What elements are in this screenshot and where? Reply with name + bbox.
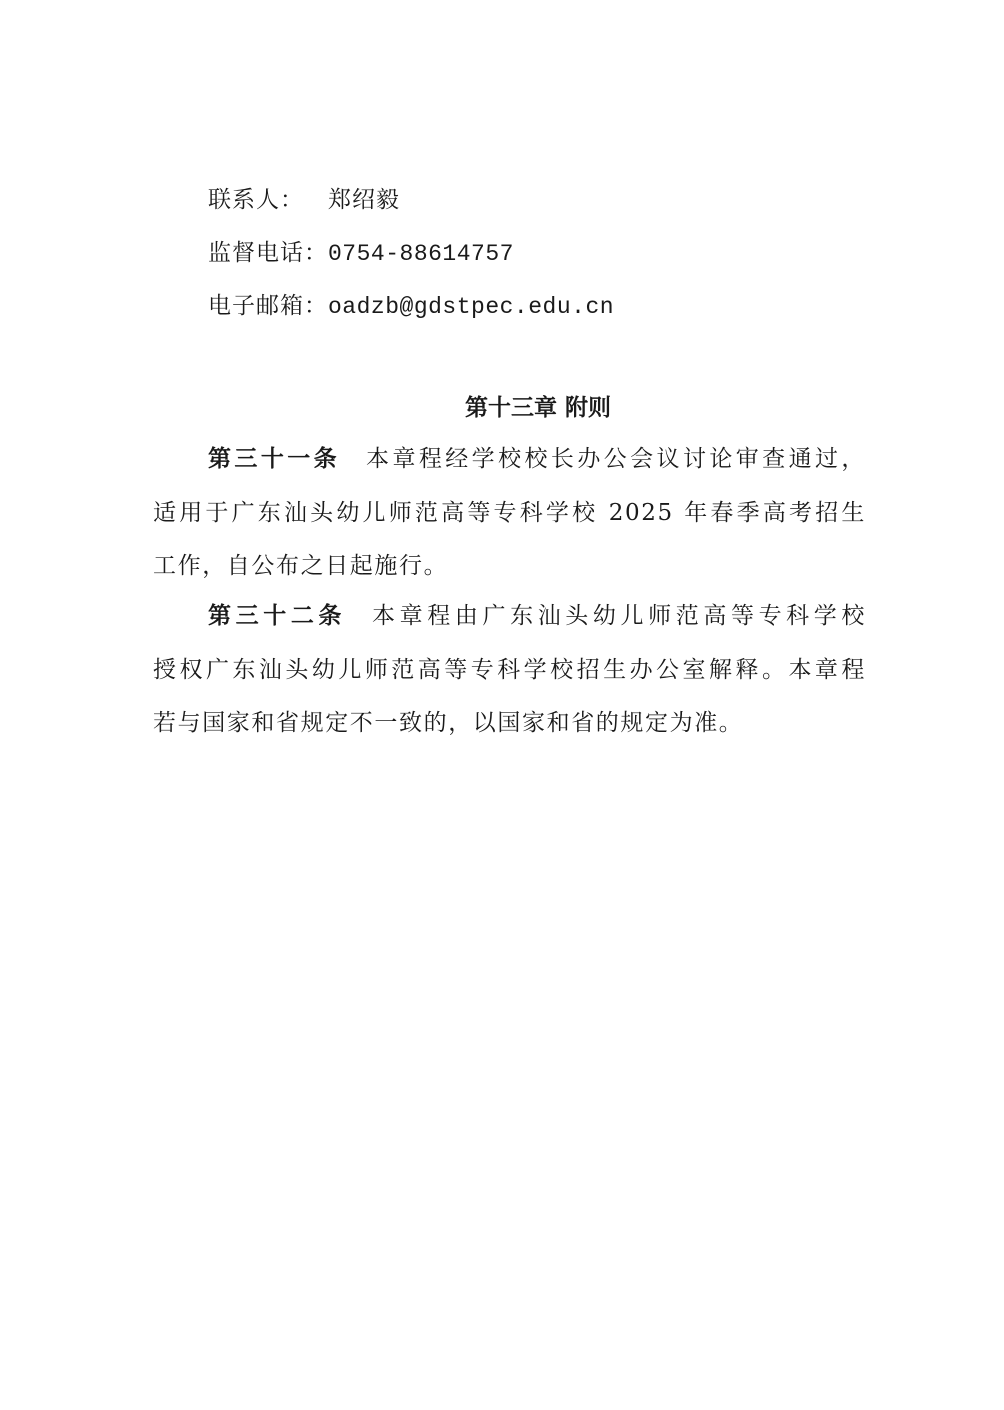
contact-person-label: 联系人： — [208, 187, 304, 213]
article-32-line-3: 若与国家和省规定不一致的，以国家和省的规定为准。 — [153, 697, 866, 751]
supervision-phone-label: 监督电话： — [208, 240, 328, 266]
article-31-line-3: 工作，自公布之日起施行。 — [153, 540, 866, 594]
document-page: 联系人：郑绍毅 监督电话：0754-88614757 电子邮箱：oadzb@gd… — [0, 0, 1004, 1410]
article-32-text-1: 本章程由广东汕头幼儿师范高等专科学校 — [372, 603, 866, 629]
article-31-line-1: 第三十一条本章程经学校校长办公会议讨论审查通过， — [153, 433, 866, 487]
contact-person-value: 郑绍毅 — [328, 187, 400, 213]
article-32-line-1: 第三十二条本章程由广东汕头幼儿师范高等专科学校 — [153, 590, 866, 644]
email-label: 电子邮箱： — [208, 293, 328, 319]
article-31: 第三十一条本章程经学校校长办公会议讨论审查通过， 适用于广东汕头幼儿师范高等专科… — [153, 433, 866, 594]
article-32-number: 第三十二条 — [208, 603, 346, 629]
article-31-number: 第三十一条 — [208, 446, 340, 472]
supervision-phone-value: 0754-88614757 — [328, 241, 514, 267]
article-32: 第三十二条本章程由广东汕头幼儿师范高等专科学校 授权广东汕头幼儿师范高等专科学校… — [153, 590, 866, 751]
article-31-line-2: 适用于广东汕头幼儿师范高等专科学校 2025 年春季高考招生 — [153, 487, 866, 541]
article-32-line-2: 授权广东汕头幼儿师范高等专科学校招生办公室解释。本章程 — [153, 644, 866, 698]
email-line: 电子邮箱：oadzb@gdstpec.edu.cn — [208, 291, 614, 322]
contact-person-line: 联系人：郑绍毅 — [208, 185, 400, 215]
email-value: oadzb@gdstpec.edu.cn — [328, 294, 614, 320]
chapter-title: 第十三章 附则 — [0, 393, 1004, 423]
supervision-phone-line: 监督电话：0754-88614757 — [208, 238, 514, 269]
article-31-text-1: 本章程经学校校长办公会议讨论审查通过， — [366, 446, 866, 472]
